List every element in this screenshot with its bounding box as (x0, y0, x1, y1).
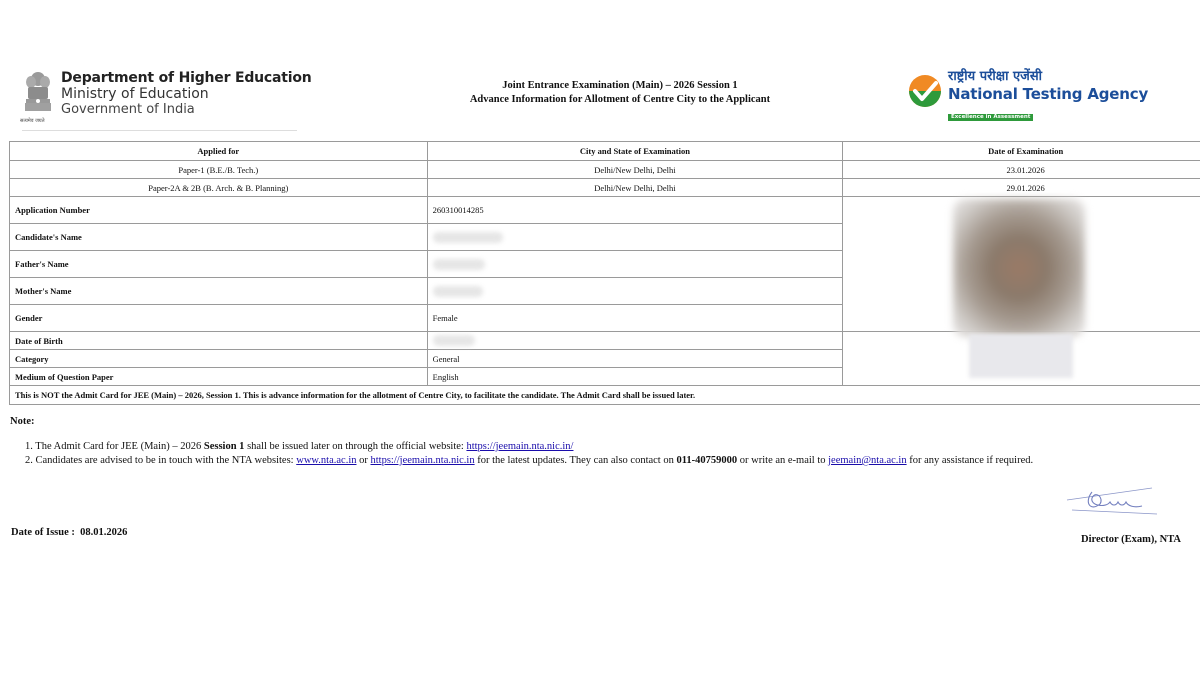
disclaimer-text: This is NOT the Admit Card for JEE (Main… (10, 386, 1200, 405)
field-label: Mother's Name (10, 278, 428, 305)
field-value: Female (427, 305, 843, 332)
jeemain-website-link[interactable]: https://jeemain.nta.nic.in/ (466, 441, 573, 452)
ministry-name: Ministry of Education (61, 86, 312, 102)
contact-phone: 011-40759000 (676, 455, 737, 466)
field-value-redacted (427, 224, 843, 251)
signature-cell (843, 332, 1200, 386)
table-row: Paper-2A & 2B (B. Arch. & B. Planning) D… (10, 179, 1200, 197)
field-label: Candidate's Name (10, 224, 428, 251)
nta-website-link[interactable]: www.nta.ac.in (296, 455, 356, 466)
field-value: 260310014285 (427, 197, 843, 224)
nta-brand: राष्ट्रीय परीक्षा एजेंसी National Testin… (908, 69, 1148, 122)
table-row: Paper-1 (B.E./B. Tech.) Delhi/New Delhi,… (10, 161, 1200, 179)
allotment-table: Applied for City and State of Examinatio… (9, 141, 1200, 405)
exam-date-cell: 23.01.2026 (843, 161, 1200, 179)
issue-label: Date of Issue : (11, 527, 75, 538)
table-header-row: Applied for City and State of Examinatio… (10, 142, 1200, 161)
nta-checkmark-logo-icon (908, 74, 942, 108)
candidate-photo (953, 199, 1085, 337)
field-value: General (427, 350, 843, 368)
agency-hindi-name: राष्ट्रीय परीक्षा एजेंसी (948, 69, 1148, 85)
session-bold: Session 1 (204, 441, 245, 452)
notes-heading: Note: (10, 416, 35, 427)
field-label: Application Number (10, 197, 428, 224)
applied-for-cell: Paper-1 (B.E./B. Tech.) (10, 161, 428, 179)
title-line-2: Advance Information for Allotment of Cen… (430, 93, 810, 107)
field-label: Gender (10, 305, 428, 332)
ministry-block: सत्यमेव जयते Department of Higher Educat… (22, 70, 312, 118)
note-item-1: 1. The Admit Card for JEE (Main) – 2026 … (25, 440, 1033, 454)
emblem-caption: सत्यमेव जयते (20, 118, 45, 124)
field-label: Date of Birth (10, 332, 428, 350)
government-name: Government of India (61, 102, 312, 118)
field-label: Father's Name (10, 251, 428, 278)
agency-name: National Testing Agency (948, 85, 1148, 103)
field-row-date-of-birth: Date of Birth (10, 332, 1200, 350)
title-line-1: Joint Entrance Examination (Main) – 2026… (430, 79, 810, 93)
candidate-signature (969, 334, 1073, 378)
field-label: Medium of Question Paper (10, 368, 428, 386)
field-value: English (427, 368, 843, 386)
director-signature-icon (1062, 480, 1162, 520)
column-header-date: Date of Examination (843, 142, 1200, 161)
jeemain-website-link-2[interactable]: https://jeemain.nta.nic.in (371, 455, 475, 466)
document-title: Joint Entrance Examination (Main) – 2026… (430, 79, 810, 107)
field-value-redacted (427, 251, 843, 278)
header-divider (22, 130, 297, 131)
note-item-2: 2. Candidates are advised to be in touch… (25, 454, 1033, 468)
notes-list: 1. The Admit Card for JEE (Main) – 2026 … (25, 440, 1033, 468)
column-header-applied-for: Applied for (10, 142, 428, 161)
date-of-issue: Date of Issue : 08.01.2026 (11, 527, 127, 538)
field-row-application-number: Application Number 260310014285 (10, 197, 1200, 224)
column-header-city: City and State of Examination (427, 142, 843, 161)
national-emblem-icon: सत्यमेव जयते (22, 70, 54, 118)
field-label: Category (10, 350, 428, 368)
issue-date: 08.01.2026 (80, 527, 127, 538)
agency-tagline: Excellence in Assessment (948, 114, 1033, 121)
city-cell: Delhi/New Delhi, Delhi (427, 179, 843, 197)
field-value-redacted (427, 278, 843, 305)
signatory-title: Director (Exam), NTA (1081, 534, 1181, 545)
document-header: सत्यमेव जयते Department of Higher Educat… (0, 62, 1200, 132)
department-name: Department of Higher Education (61, 70, 312, 86)
applied-for-cell: Paper-2A & 2B (B. Arch. & B. Planning) (10, 179, 428, 197)
field-value-redacted (427, 332, 843, 350)
city-cell: Delhi/New Delhi, Delhi (427, 161, 843, 179)
exam-date-cell: 29.01.2026 (843, 179, 1200, 197)
disclaimer-row: This is NOT the Admit Card for JEE (Main… (10, 386, 1200, 405)
contact-email-link[interactable]: jeemain@nta.ac.in (828, 455, 906, 466)
photo-cell (843, 197, 1200, 332)
